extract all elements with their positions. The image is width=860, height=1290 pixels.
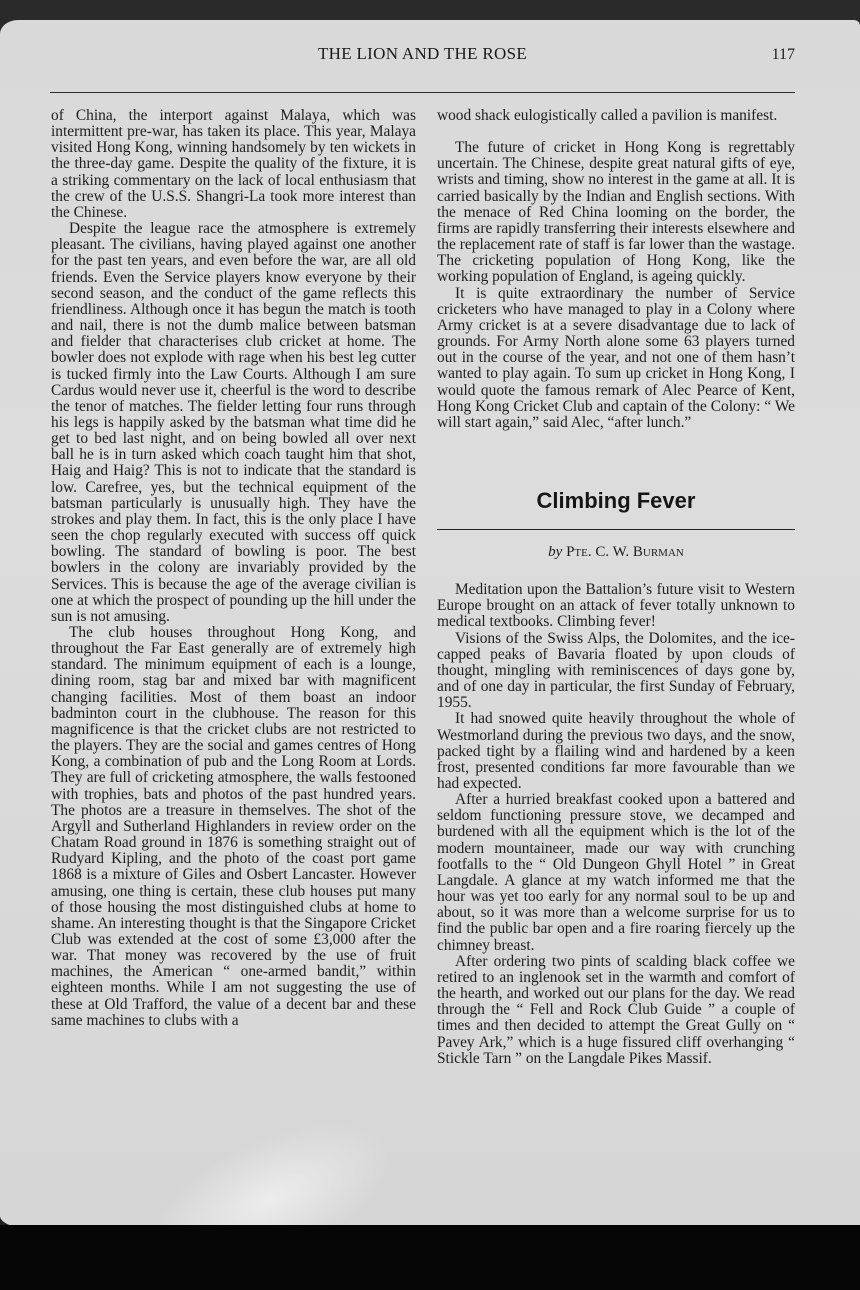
- paragraph: It is quite extraordinary the number of …: [437, 286, 795, 431]
- title-rule: [437, 529, 795, 530]
- article-title: Climbing Fever: [437, 487, 795, 515]
- running-title: THE LION AND THE ROSE: [50, 44, 795, 64]
- running-header: THE LION AND THE ROSE 117: [50, 44, 795, 74]
- left-column: of China, the interport against Malaya, …: [51, 108, 416, 1029]
- article-paragraph: Visions of the Swiss Alps, the Dolomites…: [437, 631, 795, 712]
- byline-prefix: by: [548, 544, 562, 560]
- paragraph: The club houses throughout Hong Kong, an…: [51, 625, 416, 1029]
- scan-background-bottom: [0, 1225, 860, 1290]
- byline: by Pte. C. W. Burman: [437, 544, 795, 560]
- byline-author: Pte. C. W. Burman: [566, 544, 684, 560]
- header-rule: [50, 92, 795, 93]
- article-paragraph: It had snowed quite heavily throughout t…: [437, 711, 795, 792]
- article-paragraph: After a hurried breakfast cooked upon a …: [437, 792, 795, 954]
- article-paragraph: Meditation upon the Battalion’s future v…: [437, 582, 795, 630]
- paragraph: The future of cricket in Hong Kong is re…: [437, 140, 795, 285]
- article-paragraph: After ordering two pints of scalding bla…: [437, 954, 795, 1067]
- right-column: wood shack eulogistically called a pavil…: [437, 108, 795, 1067]
- paragraph: of China, the interport against Malaya, …: [51, 108, 416, 221]
- page-number: 117: [772, 46, 795, 64]
- paragraph-continuation: wood shack eulogistically called a pavil…: [437, 108, 795, 124]
- paragraph: Despite the league race the atmosphere i…: [51, 221, 416, 625]
